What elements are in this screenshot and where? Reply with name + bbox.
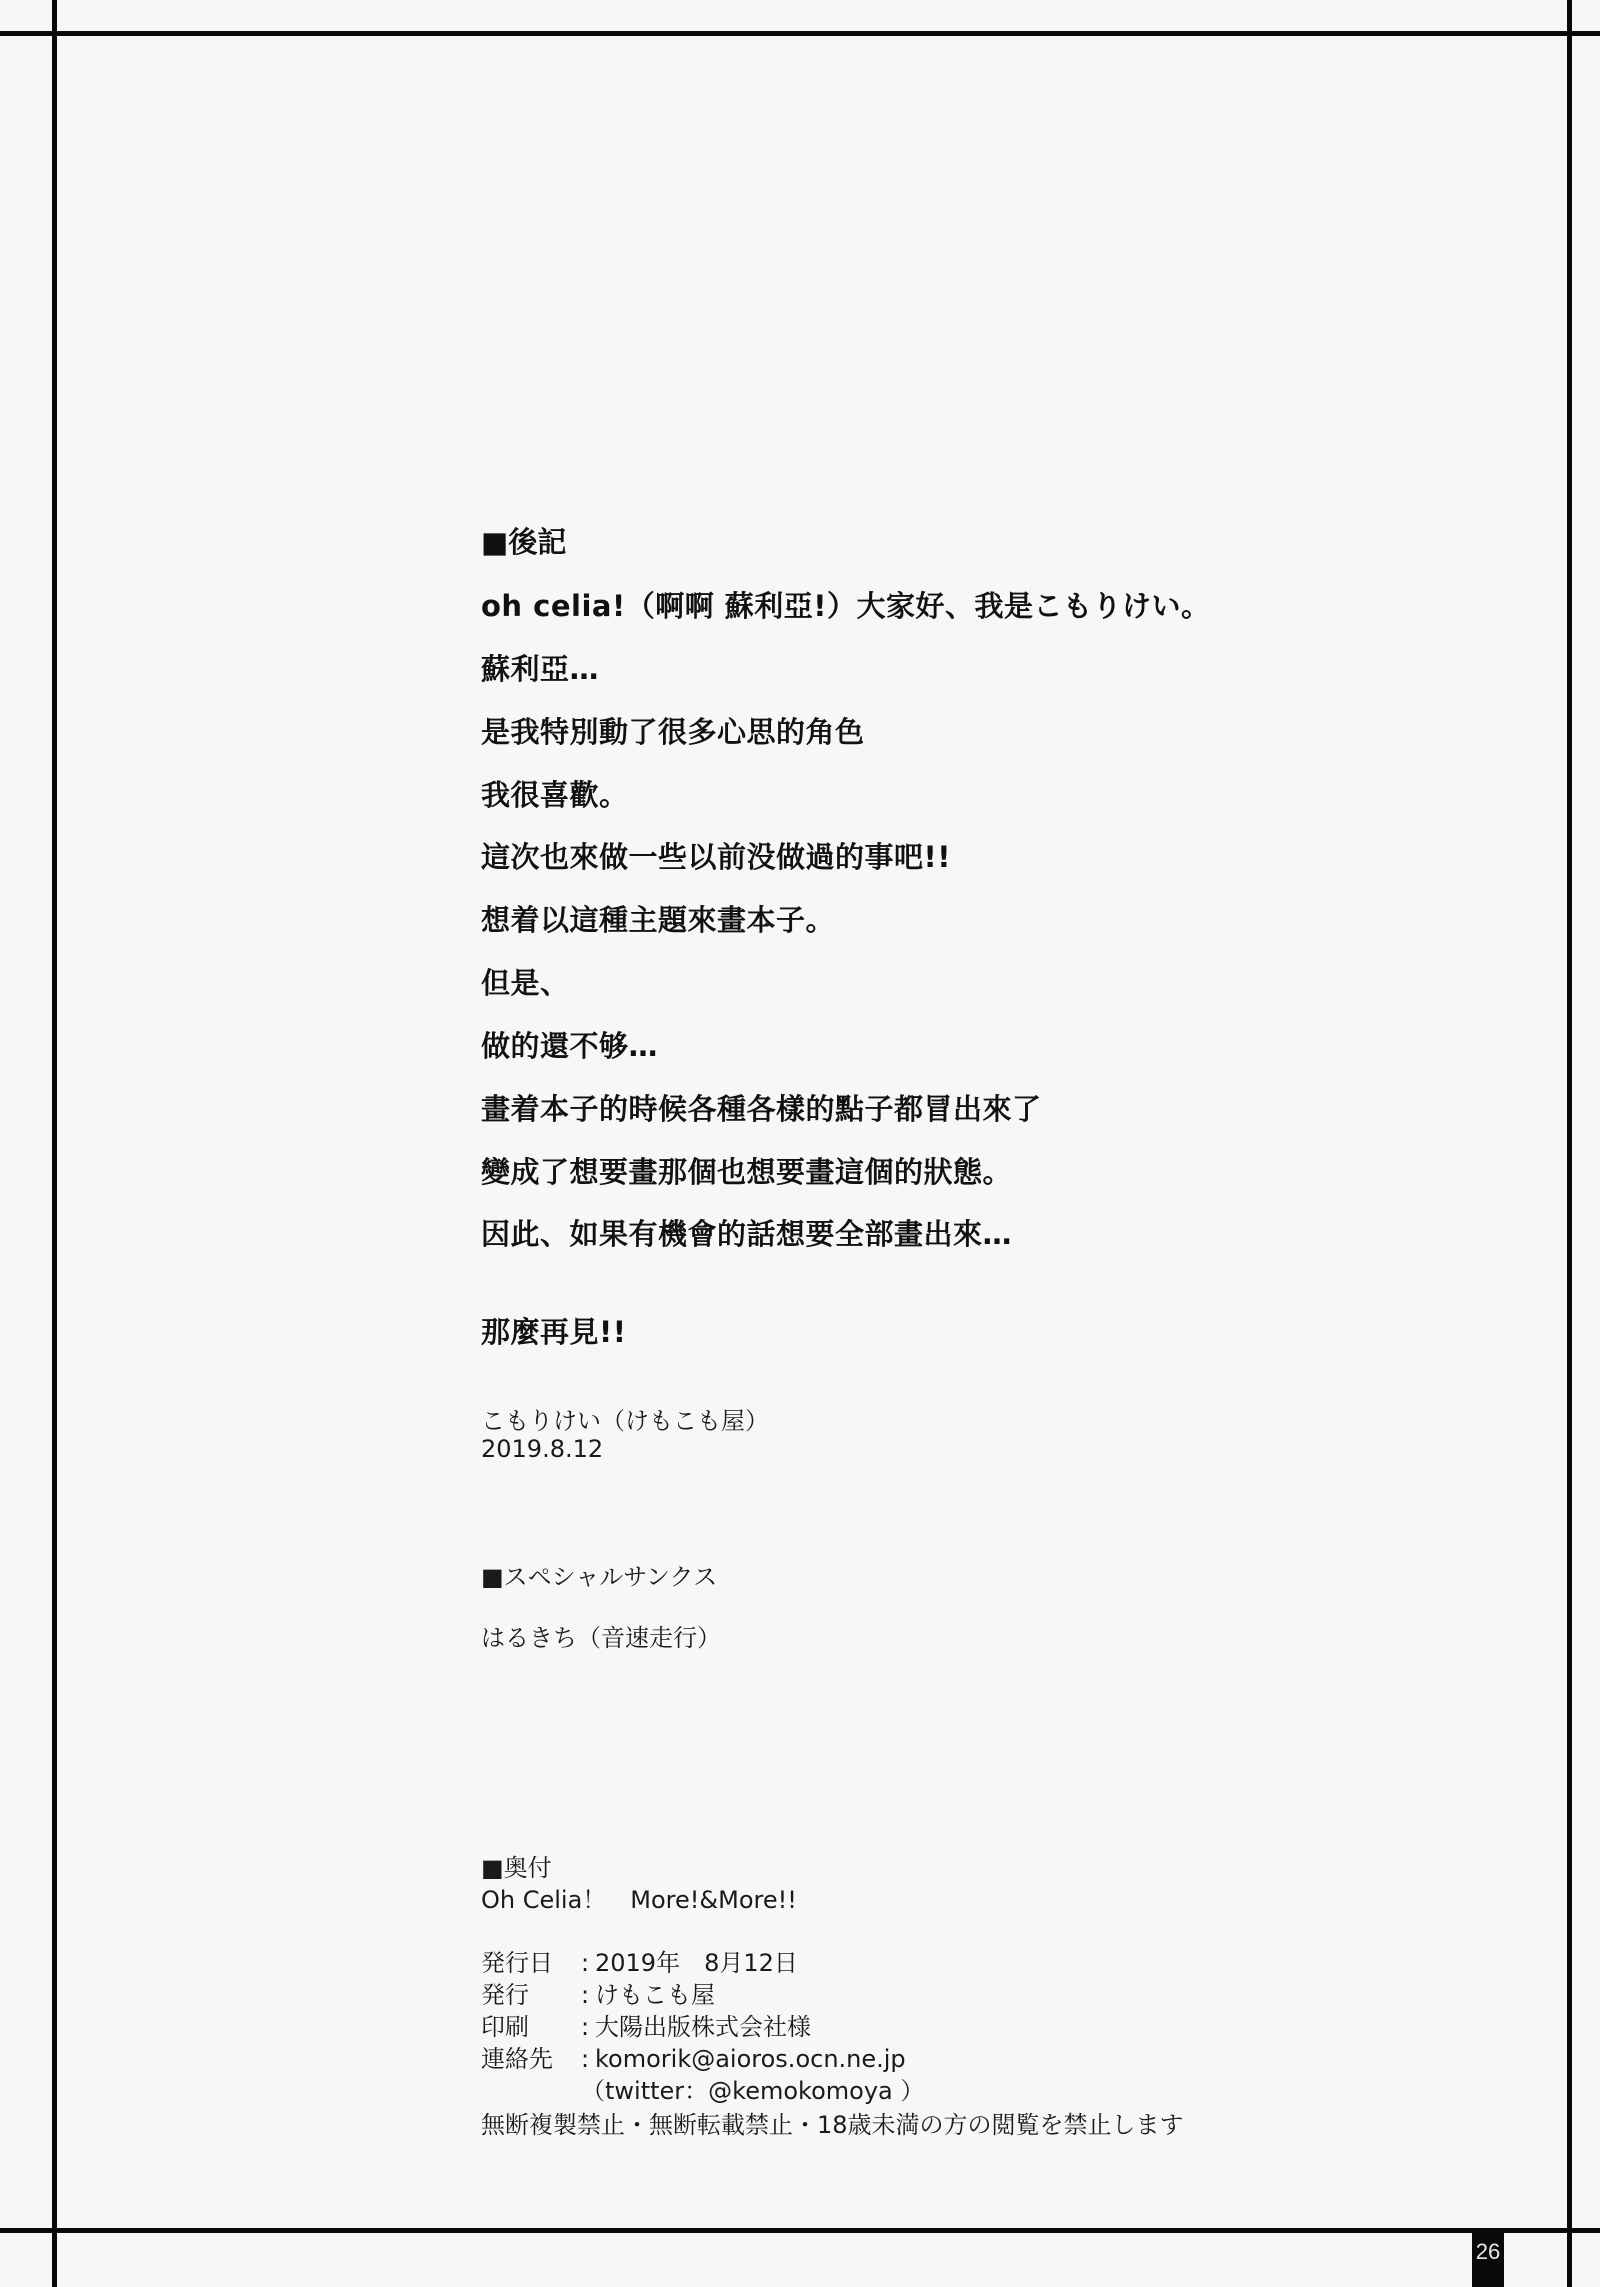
contact-email: komorik@aioros.ocn.ne.jp <box>595 2045 906 2073</box>
afterword-line: 是我特別動了很多心思的角色 <box>481 710 865 751</box>
colophon-row-printer: 印刷:大陽出版株式会社様 <box>481 2007 811 2042</box>
colophon-value: 2019年 8月12日 <box>595 1949 798 1977</box>
afterword-line: 畫着本子的時候各種各樣的點子都冒出來了 <box>481 1087 1042 1128</box>
afterword-line: 想着以這種主題來畫本子。 <box>481 898 835 939</box>
afterword-line: 因此、如果有機會的話想要全部畫出來… <box>481 1212 1012 1253</box>
special-thanks-heading: ■スペシャルサンクス <box>481 1557 717 1592</box>
colophon-row-issue-date: 発行日:2019年 8月12日 <box>481 1943 798 1978</box>
afterword-heading: ■後記 <box>481 520 566 561</box>
colon-separator: : <box>581 1981 595 2009</box>
page-number: 26 <box>1472 2230 1504 2287</box>
afterword-line: 蘇利亞… <box>481 647 599 688</box>
colon-separator: : <box>581 2045 595 2073</box>
colophon-row-publisher: 発行:けもこも屋 <box>481 1975 715 2010</box>
special-thanks-name: はるきち（音速走行） <box>481 1618 721 1653</box>
afterword-line: 變成了想要畫那個也想要畫這個的狀態。 <box>481 1150 1012 1191</box>
colophon-title: Oh Celia！ More!&More!! <box>481 1880 797 1915</box>
signature: こもりけい（けもこも屋） <box>481 1401 769 1436</box>
afterword-line: 我很喜歡。 <box>481 773 629 814</box>
afterword-line: 這次也來做一些以前没做過的事吧!! <box>481 835 951 876</box>
afterword-line: 但是、 <box>481 961 570 1002</box>
frame-line-right <box>1567 0 1572 2287</box>
afterword-date: 2019.8.12 <box>481 1435 603 1463</box>
colophon-value: けもこも屋 <box>595 1981 715 2009</box>
colophon-row-contact: 連絡先:komorik@aioros.ocn.ne.jp <box>481 2039 906 2074</box>
frame-line-left <box>52 0 57 2287</box>
afterword-line: 做的還不够… <box>481 1024 658 1065</box>
colon-separator: : <box>581 1949 595 1977</box>
twitter-handle: （twitter：@kemokomoya ） <box>581 2077 924 2105</box>
colon-separator: : <box>581 2013 595 2041</box>
colophon-notice: 無断複製禁止・無断転載禁止・18歳未満の方の閲覧を禁止します <box>481 2105 1184 2140</box>
afterword-line: oh celia!（啊啊 蘇利亞!）大家好、我是こもりけい。 <box>481 584 1211 625</box>
colophon-key: 発行日 <box>481 1943 581 1978</box>
frame-line-top <box>0 31 1600 36</box>
colophon-value: 大陽出版株式会社様 <box>595 2013 811 2041</box>
colophon-heading: ■奥付 <box>481 1848 552 1883</box>
frame-line-bottom <box>0 2228 1600 2233</box>
colophon-key: 発行 <box>481 1975 581 2010</box>
colophon-key: 連絡先 <box>481 2039 581 2074</box>
colophon-key: 印刷 <box>481 2007 581 2042</box>
afterword-line: 那麼再見!! <box>481 1310 626 1351</box>
colophon-twitter: （twitter：@kemokomoya ） <box>581 2071 924 2106</box>
